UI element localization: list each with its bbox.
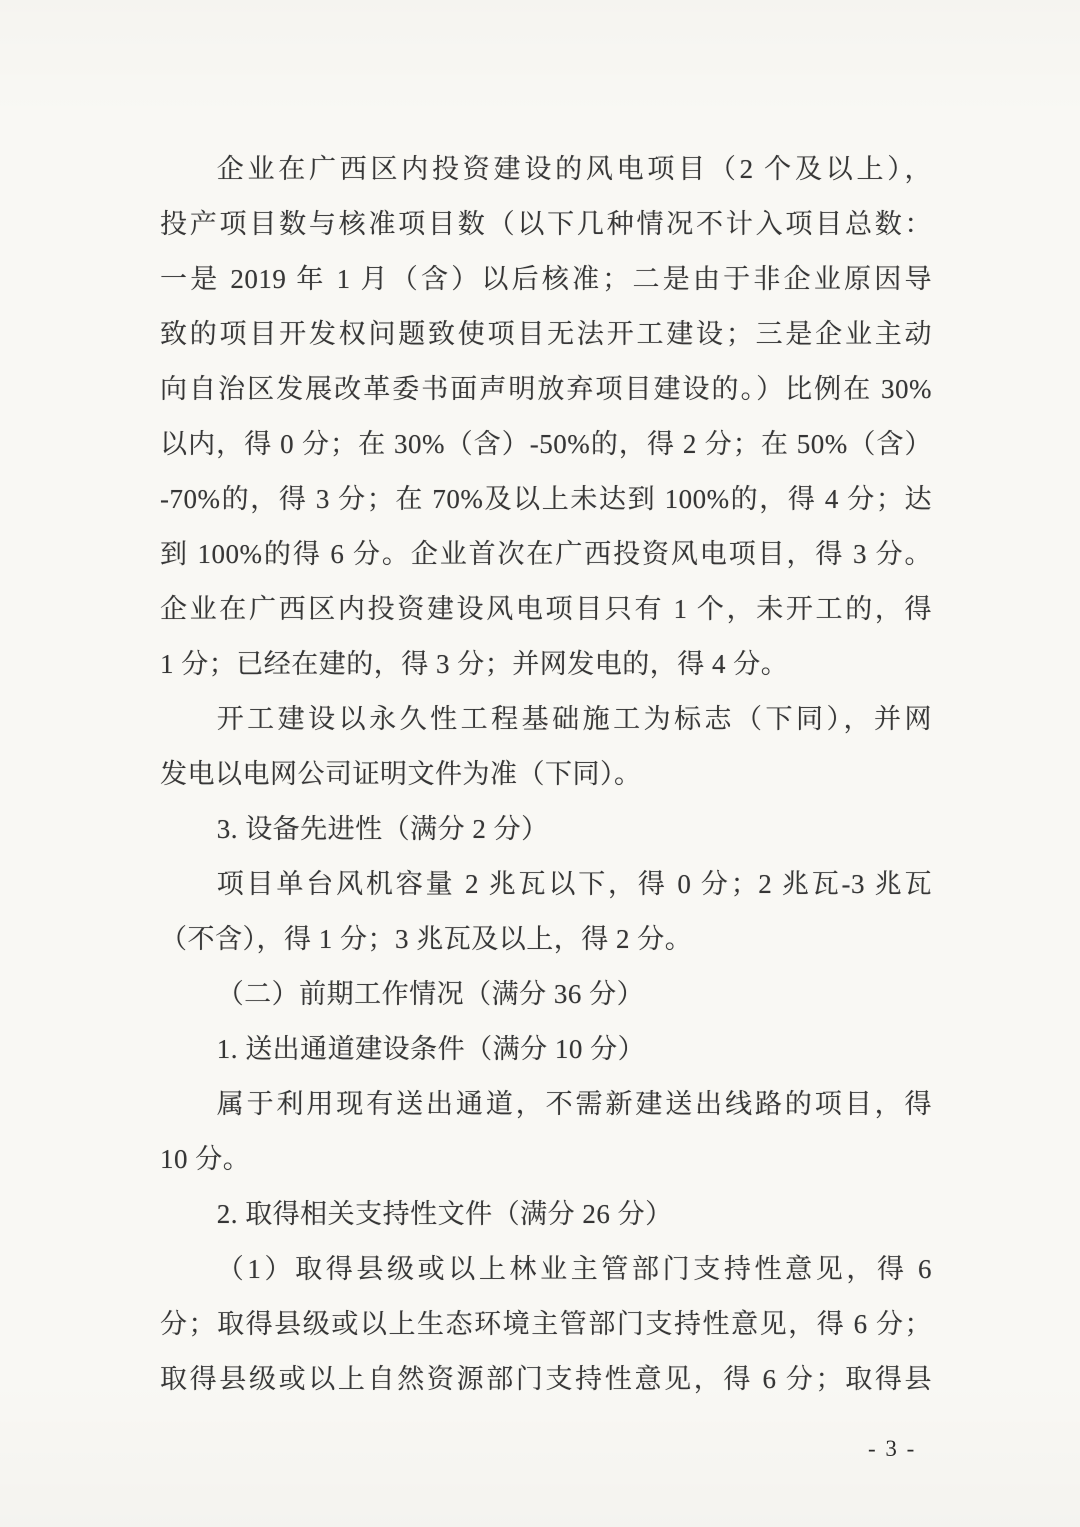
text-line: -70%的，得 3 分；在 70%及以上未达到 100%的，得 4 分；达 — [160, 472, 932, 527]
text-line: 属于利用现有送出通道，不需新建送出线路的项目，得 — [160, 1077, 932, 1132]
document-page: 企业在广西区内投资建设的风电项目（2 个及以上），投产项目数与核准项目数（以下几… — [0, 0, 1080, 1527]
text-line: （1）取得县级或以上林业主管部门支持性意见，得 6 — [160, 1242, 932, 1297]
text-line: 以内，得 0 分；在 30%（含）-50%的，得 2 分；在 50%（含） — [160, 417, 932, 472]
text-line: 1. 送出通道建设条件（满分 10 分） — [160, 1022, 932, 1077]
text-line: 投产项目数与核准项目数（以下几种情况不计入项目总数： — [160, 197, 932, 252]
text-line: 开工建设以永久性工程基础施工为标志（下同），并网 — [160, 692, 932, 747]
text-line: 发电以电网公司证明文件为准（下同）。 — [160, 747, 932, 802]
text-line: 一是 2019 年 1 月（含）以后核准；二是由于非企业原因导 — [160, 252, 932, 307]
document-body: 企业在广西区内投资建设的风电项目（2 个及以上），投产项目数与核准项目数（以下几… — [160, 142, 932, 1407]
text-line: 10 分。 — [160, 1132, 932, 1187]
text-line: 2. 取得相关支持性文件（满分 26 分） — [160, 1187, 932, 1242]
text-line: 1 分；已经在建的，得 3 分；并网发电的，得 4 分。 — [160, 637, 932, 692]
page-number: - 3 - — [868, 1436, 916, 1462]
text-line: 项目单台风机容量 2 兆瓦以下，得 0 分；2 兆瓦-3 兆瓦 — [160, 857, 932, 912]
text-line: 向自治区发展改革委书面声明放弃项目建设的。）比例在 30% — [160, 362, 932, 417]
text-line: 取得县级或以上自然资源部门支持性意见，得 6 分；取得县 — [160, 1352, 932, 1407]
text-line: 分；取得县级或以上生态环境主管部门支持性意见，得 6 分； — [160, 1297, 932, 1352]
text-line: 企业在广西区内投资建设的风电项目（2 个及以上）， — [160, 142, 932, 197]
text-line: 致的项目开发权问题致使项目无法开工建设；三是企业主动 — [160, 307, 932, 362]
text-line: 到 100%的得 6 分。企业首次在广西投资风电项目，得 3 分。 — [160, 527, 932, 582]
text-line: 3. 设备先进性（满分 2 分） — [160, 802, 932, 857]
text-line: 企业在广西区内投资建设风电项目只有 1 个，未开工的，得 — [160, 582, 932, 637]
text-line: （二）前期工作情况（满分 36 分） — [160, 967, 932, 1022]
text-line: （不含），得 1 分；3 兆瓦及以上，得 2 分。 — [160, 912, 932, 967]
